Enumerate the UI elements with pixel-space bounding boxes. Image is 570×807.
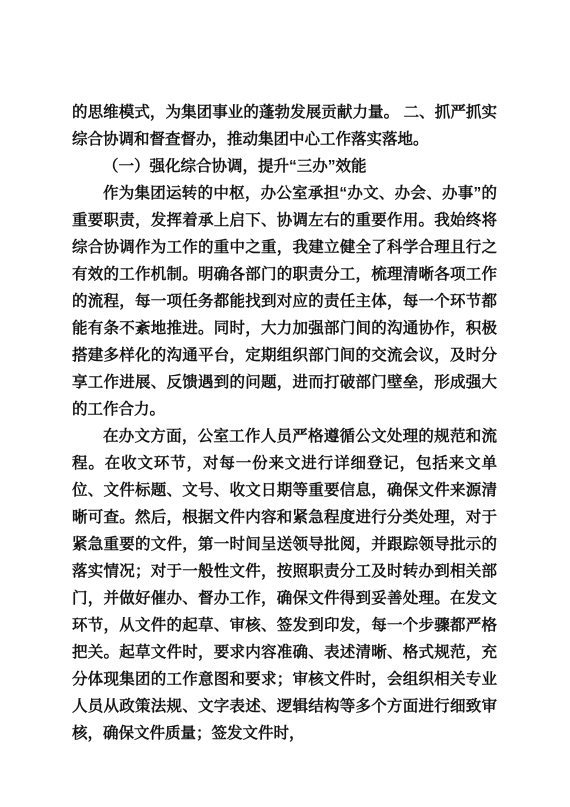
document-page: 的思维模式，为集团事业的蓬勃发展贡献力量。 二、抓严抓实综合协调和督查督办，推动…	[0, 0, 570, 807]
subsection-heading: （一）强化综合协调，提升“三办”效能	[72, 153, 497, 180]
paragraph-document-processing: 在办文方面，公室工作人员严格遵循公文处理的规范和流程。在收文环节，对每一份来文进…	[72, 423, 497, 747]
continuation-paragraph: 的思维模式，为集团事业的蓬勃发展贡献力量。 二、抓严抓实综合协调和督查督办，推动…	[72, 99, 497, 153]
continuation-paragraph-text: 的思维模式，为集团事业的蓬勃发展贡献力量。	[72, 104, 399, 121]
paragraph-comprehensive-coordination: 作为集团运转的中枢，办公室承担“办文、办会、办事”的重要职责，发挥着承上启下、协…	[72, 180, 497, 423]
